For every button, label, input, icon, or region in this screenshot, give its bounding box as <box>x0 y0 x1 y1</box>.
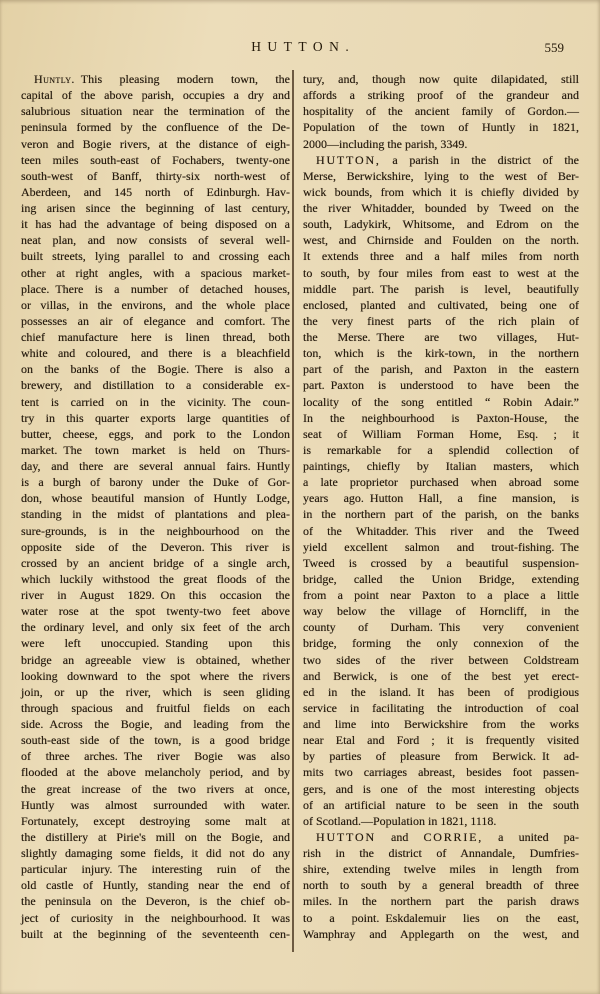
text-line: enclosed, planted and cultivated, being … <box>303 297 579 313</box>
text-line: sure-grounds, is in the neighbourhood on… <box>21 523 290 539</box>
text-line: and lime into Berwickshire from the work… <box>303 716 579 732</box>
text-line: shire, extending twelve miles in length … <box>303 861 579 877</box>
text-line: place. There is a number of detached hou… <box>21 281 290 297</box>
text-line: south-east side of the town, is a good b… <box>21 732 290 748</box>
text-line: seat of William Forman Home, Esq. ; it <box>303 426 579 442</box>
text-line: years ago. Hutton Hall, a fine mansion, … <box>303 490 579 506</box>
text-line: west, and Chirnside and Foulden on the n… <box>303 232 579 248</box>
text-line: wick bounds, from which it is chiefly di… <box>303 184 579 200</box>
text-line: Aberdeen, and 145 north of Edinburgh. Ha… <box>21 184 290 200</box>
text-line: bridge, called the Union Bridge, extendi… <box>303 571 579 587</box>
text-line: south, Ladykirk, Whitsome, and Edrom on … <box>303 216 579 232</box>
text-line: mits two carriages abreast, besides foot… <box>303 764 579 780</box>
text-line: from a point near Paxton to a place a li… <box>303 587 579 603</box>
text-line: capital of the above parish, occupies a … <box>21 87 290 103</box>
text-line: side. Across the Bogie, and leading from… <box>21 716 290 732</box>
text-line: crossed by an ancient bridge of a single… <box>21 555 290 571</box>
text-line: county of Durham. This very convenient <box>303 619 579 635</box>
text-line: particular injury. The interesting ruin … <box>21 861 290 877</box>
text-line: the ordinary level, and only six feet of… <box>21 619 290 635</box>
text-line: bridge, forming the only connexion of th… <box>303 635 579 651</box>
text-line: or villas, in the environs, and the whol… <box>21 297 290 313</box>
text-line: by parties of pleasure from Berwick. It … <box>303 748 579 764</box>
text-line: were left unoccupied. Standing upon this <box>21 635 290 651</box>
text-line: the Merse. There are two villages, Hut- <box>303 329 579 345</box>
text-line: other at right angles, with a spacious m… <box>21 265 290 281</box>
text-line: slightly damaging some fields, it did no… <box>21 845 290 861</box>
text-segment: Huntly. <box>34 72 75 86</box>
text-line: built at the beginning of the seventeent… <box>21 926 290 942</box>
text-line: service in facilitating the introduction… <box>303 700 579 716</box>
text-line: near Etal and Ford ; it is frequently vi… <box>303 732 579 748</box>
scanned-book-page: { "header": { "title": "HUTTON.", "page_… <box>0 0 600 994</box>
text-line: don, whose beautiful mansion of Huntly L… <box>21 490 290 506</box>
text-segment: This pleasing modern town, the <box>75 72 290 86</box>
text-line: south-west of Banff, thirty-six north-we… <box>21 168 290 184</box>
text-line: bridge an agreeable view is obtained, wh… <box>21 652 290 668</box>
text-line: hospitality of the ancient family of Gor… <box>303 103 579 119</box>
text-line: white and coloured, and there is a bleac… <box>21 345 290 361</box>
text-line: on the banks of the Bogie. There is also… <box>21 361 290 377</box>
text-segment: and <box>376 830 424 844</box>
text-line: ing arisen since the beginning of last c… <box>21 200 290 216</box>
text-segment: HUTTON <box>316 830 376 844</box>
text-line: rish in the district of Annandale, Dumfr… <box>303 845 579 861</box>
text-segment: CORRIE, <box>423 830 483 844</box>
text-line: river in August 1829. On this occasion t… <box>21 587 290 603</box>
text-line: is remarkable for a splendid collection … <box>303 442 579 458</box>
text-line: veron and Bogie rivers, at the distance … <box>21 136 290 152</box>
text-line: two sides of the river between Coldstrea… <box>303 652 579 668</box>
text-line: tury, and, though now quite dilapidated,… <box>303 71 579 87</box>
text-line: opposite side of the Deveron. This river… <box>21 539 290 555</box>
text-line: try in this quarter exports large quanti… <box>21 410 290 426</box>
text-line: It extends three and a half miles from n… <box>303 248 579 264</box>
text-line: 2000—including the parish, 3349. <box>303 136 579 152</box>
text-line: gers, and is one of the most interesting… <box>303 781 579 797</box>
text-line: join, or up the river, which is seen gli… <box>21 684 290 700</box>
text-line: built streets, lying parallel to and cro… <box>21 248 290 264</box>
text-line: flooded at the above melancholy period, … <box>21 764 290 780</box>
text-line: in the northern part of the parish, on t… <box>303 506 579 522</box>
text-line: part of the parish, and Paxton in the ea… <box>303 361 579 377</box>
text-line: locality of the song entitled “ Robin Ad… <box>303 394 579 410</box>
text-line: Tweed is crossed by a beautiful suspensi… <box>303 555 579 571</box>
text-line: middle part. The parish is level, beauti… <box>303 281 579 297</box>
text-line: miles. In the northern part the parish d… <box>303 893 579 909</box>
text-line: the great increase of the two rivers at … <box>21 781 290 797</box>
page-number: 559 <box>545 40 565 56</box>
text-line: ed in the island. It has been of prodigi… <box>303 684 579 700</box>
column-divider-rule <box>292 70 294 952</box>
text-column-left: Huntly. This pleasing modern town, theca… <box>21 71 290 942</box>
text-line: the peninsula on the Deveron, is the chi… <box>21 893 290 909</box>
text-line: neat plan, and now consists of several w… <box>21 232 290 248</box>
text-line: way below the village of Horncliff, in t… <box>303 603 579 619</box>
text-line: north to south by a general breadth of t… <box>303 877 579 893</box>
text-line: is a burgh of barony under the Duke of G… <box>21 474 290 490</box>
text-line: the river Whitadder, bounded by Tweed on… <box>303 200 579 216</box>
text-line: teen miles south-east of Fochabers, twen… <box>21 152 290 168</box>
text-line: of an artificial nature to be seen in th… <box>303 797 579 813</box>
text-line: chief manufacture here is linen thread, … <box>21 329 290 345</box>
text-line: through spacious and fruitful fields on … <box>21 700 290 716</box>
text-line: Fortunately, except destroying some malt… <box>21 813 290 829</box>
text-line: HUTTON, a parish in the district of the <box>303 152 579 168</box>
text-line: water rose at the spot twenty-two feet a… <box>21 603 290 619</box>
text-line: In the neighbourhood is Paxton-House, th… <box>303 410 579 426</box>
text-line: of three arches. The river Bogie was als… <box>21 748 290 764</box>
text-line: affords a striking proof of the grandeur… <box>303 87 579 103</box>
text-segment: a parish in the district of the <box>381 153 579 167</box>
text-line: day, and there are several annual fairs.… <box>21 458 290 474</box>
text-line: a late proprietor purchased when abroad … <box>303 474 579 490</box>
text-line: part. Paxton is understood to have been … <box>303 377 579 393</box>
text-line: possesses an air of elegance and comfort… <box>21 313 290 329</box>
text-line: Merse, Berwickshire, lying to the west o… <box>303 168 579 184</box>
text-line: Huntly was almost surrounded with water. <box>21 797 290 813</box>
running-header-title: HUTTON. <box>0 39 600 55</box>
text-line: Huntly. This pleasing modern town, the <box>21 71 290 87</box>
text-line: old castle of Huntly, standing near the … <box>21 877 290 893</box>
text-line: salubrious situation near the terminatio… <box>21 103 290 119</box>
text-line: butter, cheese, eggs, and pork to the Lo… <box>21 426 290 442</box>
text-line: standing in the midst of plantations and… <box>21 506 290 522</box>
text-line: HUTTON and CORRIE, a united pa- <box>303 829 579 845</box>
text-line: brewery, and distillation to a considera… <box>21 377 290 393</box>
text-line: tent is carried on in the vicinity. The … <box>21 394 290 410</box>
text-line: of Scotland.—Population in 1821, 1118. <box>303 813 579 829</box>
text-line: to south, by four miles from east to wes… <box>303 265 579 281</box>
text-line: to a point. Eskdalemuir lies on the east… <box>303 910 579 926</box>
text-line: looking downward to the spot where the r… <box>21 668 290 684</box>
text-line: and Berwick, is one of the best yet erec… <box>303 668 579 684</box>
text-line: which luckily withstood the great floods… <box>21 571 290 587</box>
text-line: ton, which is the kirk-town, in the nort… <box>303 345 579 361</box>
text-line: paintings, chiefly by Italian masters, w… <box>303 458 579 474</box>
text-line: yield excellent salmon and trout-fishing… <box>303 539 579 555</box>
text-line: the very finest parts of the rich plain … <box>303 313 579 329</box>
text-segment: HUTTON, <box>316 153 381 167</box>
text-line: the distillery at Pirie's mill on the Bo… <box>21 829 290 845</box>
text-line: Population of the town of Huntly in 1821… <box>303 119 579 135</box>
text-line: peninsula formed by the confluence of th… <box>21 119 290 135</box>
text-line: of the Whitadder. This river and the Twe… <box>303 523 579 539</box>
text-line: ject of curiosity in the neighbourhood. … <box>21 910 290 926</box>
text-column-right: tury, and, though now quite dilapidated,… <box>303 71 579 942</box>
text-line: market. The town market is held on Thurs… <box>21 442 290 458</box>
text-line: it has had the advantage of being dispos… <box>21 216 290 232</box>
text-line: Wamphray and Applegarth on the west, and <box>303 926 579 942</box>
text-segment: a united pa- <box>483 830 579 844</box>
